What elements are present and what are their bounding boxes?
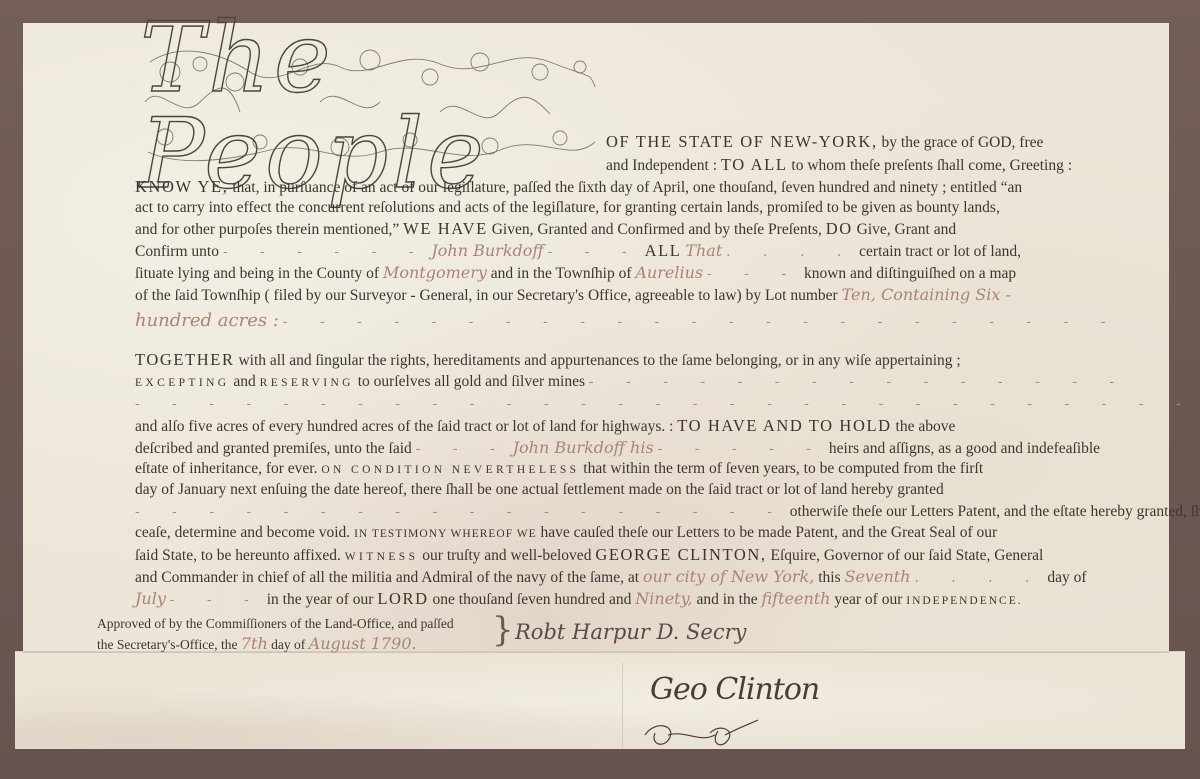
blank-fill-dashes: . . . . (726, 244, 855, 260)
text-span: the above (896, 418, 956, 435)
text-span: certain tract or lot of land, (859, 243, 1021, 260)
handwritten-month: July (135, 589, 166, 608)
caps-span: WE HAVE (403, 219, 488, 238)
text-span: day of (1047, 569, 1086, 586)
text-span: year of our (834, 591, 902, 608)
text-line-12: - - - - - - - - - - - - - - - - - - - - … (135, 394, 1195, 414)
text-line-11: EXCEPTING and RESERVING to ourſelves all… (135, 372, 1128, 393)
blank-fill-dashes: - - - (416, 441, 509, 457)
approval-line-2: the Secretary's-Office, the 7th day of A… (97, 634, 417, 655)
handwritten-text: That (685, 241, 722, 260)
handwritten-acreage: hundred acres : (135, 310, 279, 331)
secretary-signature: Robt Harpur D. Secry (515, 620, 746, 644)
text-line-10: TOGETHER with all and ſingular the right… (135, 350, 961, 371)
text-line-16: day of January next enſuing the date her… (135, 480, 944, 500)
text-span: Eſquire, Governor of our ſaid State, Gen… (770, 547, 1043, 564)
text-span: day of (271, 637, 305, 652)
text-span: and for other purpoſes therein mentioned… (135, 221, 399, 238)
text-line-8: of the ſaid Townſhip ( filed by our Surv… (135, 285, 1011, 306)
text-span: known and diſtinguiſhed on a map (804, 265, 1016, 282)
text-span: to ourſelves all gold and ſilver mines (358, 373, 585, 390)
caps-span: LORD (377, 589, 428, 608)
text-line-6: Confirm unto - - - - - - John Burkdoff -… (135, 241, 1021, 262)
text-line-20: and Commander in chief of all the militi… (135, 567, 1087, 588)
text-line-7: ſituate lying and being in the County of… (135, 263, 1016, 284)
handwritten-year: Ninety, (635, 589, 692, 608)
text-span: and in the (696, 591, 757, 608)
title-the-people: The People (140, 42, 600, 170)
text-span: in the year of our (267, 591, 374, 608)
text-line-18: ceaſe, determine and become void. IN TES… (135, 523, 997, 544)
text-line-17: - - - - - - - - - - - - - - - - - - othe… (135, 502, 1200, 522)
smallcaps-span: ON CONDITION NEVERTHELESS (321, 464, 579, 476)
signature-flourish-icon (640, 715, 760, 750)
text-span: the Secretary's-Office, the (97, 637, 238, 652)
text-span: Approved of by the Commiſſioners of the … (97, 616, 454, 631)
text-line-9: hundred acres : - - - - - - - - - - - - … (135, 311, 1120, 332)
handwritten-place: our city of New York, (643, 567, 814, 586)
blank-fill-dashes: - - - (548, 244, 641, 260)
text-span: and in the Townſhip of (491, 265, 632, 282)
approval-line-1: Approved of by the Commiſſioners of the … (97, 614, 454, 634)
text-span: this (818, 569, 840, 586)
text-span: Given, Granted and Confirmed and by theſ… (492, 221, 822, 238)
handwritten-county: Montgomery (383, 263, 487, 282)
handwritten-approval-day: 7th (241, 634, 268, 653)
text-line-21: July - - - in the year of our LORD one t… (135, 589, 1023, 611)
smallcaps-span: IN TESTIMONY WHEREOF WE (354, 528, 537, 540)
caps-span: KNOW YE, (135, 177, 228, 196)
text-span: otherwiſe theſe our Letters Patent, and … (790, 503, 1200, 520)
text-span: eſtate of inheritance, for ever. (135, 460, 317, 477)
brace-icon: } (492, 610, 514, 650)
text-line-3: KNOW YE, that, in purſuance of an act of… (135, 177, 1022, 198)
blank-fill-dashes: - - - (707, 266, 800, 282)
governor-name: GEORGE CLINTON, (595, 545, 766, 564)
handwritten-approval-date: August 1790. (309, 634, 417, 653)
text-span: ſituate lying and being in the County of (135, 265, 379, 282)
text-line-19: ſaid State, to be hereunto affixed. WITN… (135, 545, 1043, 567)
text-span: that within the term of ſeven years, to … (583, 460, 983, 477)
text-line-13: and alſo five acres of every hundred acr… (135, 416, 955, 437)
blank-fill-dashes: - - - - - - - - - - - - - - - - - - (135, 504, 786, 520)
text-span: and Commander in chief of all the militi… (135, 569, 639, 586)
document-fold-flap (15, 651, 1185, 749)
blank-fill-dashes: - - - (170, 592, 263, 608)
caps-span: TO ALL (721, 155, 788, 174)
handwritten-grantee-name: John Burkdoff his (513, 438, 654, 457)
text-span: have cauſed theſe our Letters to be made… (541, 524, 998, 541)
text-span: day of January next enſuing the date her… (135, 481, 944, 498)
text-line-1: OF THE STATE OF NEW-YORK, by the grace o… (606, 132, 1043, 153)
text-span: act to carry into effect the concurrent … (135, 199, 1000, 216)
text-line-2: and Independent : TO ALL to whom theſe p… (606, 155, 1072, 176)
blank-fill-dashes: - - - - - - (223, 244, 428, 260)
smallcaps-span: RESERVING (260, 377, 354, 389)
text-line-5: and for other purpoſes therein mentioned… (135, 219, 956, 240)
handwritten-lot-number: Ten, Containing Six - (842, 285, 1011, 304)
text-span: with all and ſingular the rights, heredi… (238, 352, 960, 369)
text-span: Confirm unto (135, 243, 219, 260)
text-span: that, in purſuance of an act of our legi… (232, 179, 1022, 196)
caps-span: DO (826, 219, 853, 238)
blank-fill-dashes: - - - - - (658, 441, 825, 457)
text-span: heirs and aſſigns, as a good and indefea… (829, 440, 1100, 457)
text-span: and Independent : (606, 157, 717, 174)
handwritten-independence-year: fifteenth (761, 589, 830, 608)
caps-span: ALL (645, 241, 682, 260)
handwritten-township: Aurelius (635, 263, 703, 282)
blank-fill-dashes: - - - - - - - - - - - - - - - - - - - - … (135, 396, 1195, 412)
state-heading: OF THE STATE OF NEW-YORK, (606, 132, 878, 151)
text-span: of the ſaid Townſhip ( filed by our Surv… (135, 287, 838, 304)
text-line-4: act to carry into effect the concurrent … (135, 198, 1000, 218)
ornamental-title: The People (140, 42, 600, 170)
text-span: ſaid State, to be hereunto affixed. (135, 547, 341, 564)
blank-fill-dashes: - - - - - - - - - - - - - - - (589, 374, 1128, 390)
text-span: our truſty and well-beloved (422, 547, 591, 564)
handwritten-grantee-name: John Burkdoff (431, 241, 543, 260)
smallcaps-span: INDEPENDENCE. (906, 595, 1022, 607)
text-span: and alſo five acres of every hundred acr… (135, 418, 673, 435)
governor-signature: Geo Clinton (650, 672, 819, 707)
text-line-14: deſcribed and granted premiſes, unto the… (135, 438, 1100, 459)
text-span: deſcribed and granted premiſes, unto the… (135, 440, 412, 457)
text-span: one thouſand ſeven hundred and (433, 591, 632, 608)
blank-fill-dashes: . . . . (914, 570, 1043, 586)
handwritten-day: Seventh (845, 567, 911, 586)
smallcaps-span: EXCEPTING (135, 377, 230, 389)
caps-span: TOGETHER (135, 350, 235, 369)
text-span: and (233, 373, 255, 390)
smallcaps-span: WITNESS (345, 551, 419, 563)
blank-fill-dashes: - - - - - - - - - - - - - - - - - - - - … (283, 314, 1120, 330)
text-span: to whom theſe preſents ſhall come, Greet… (791, 157, 1072, 174)
text-span: Give, Grant and (857, 221, 956, 238)
text-line-15: eſtate of inheritance, for ever. ON COND… (135, 459, 983, 480)
caps-span: TO HAVE AND TO HOLD (677, 416, 891, 435)
text-span: ceaſe, determine and become void. (135, 524, 350, 541)
text-span: by the grace of GOD, free (882, 134, 1044, 151)
